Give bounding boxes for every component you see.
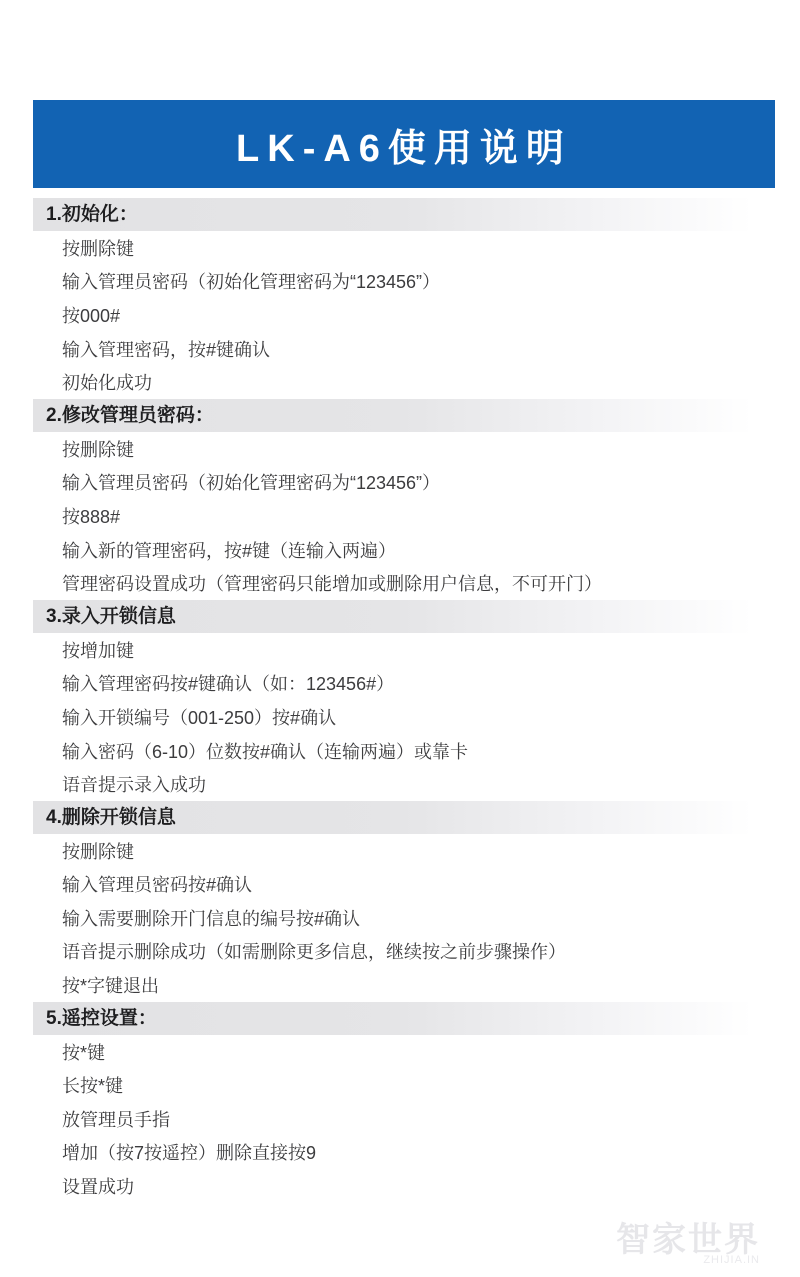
step-item: 按增加键 xyxy=(33,633,775,667)
watermark-subtext: ZHIJIA.IN xyxy=(616,1254,760,1266)
step-item: 输入管理密码，按#键确认 xyxy=(33,332,775,366)
section-heading: 1.初始化： xyxy=(33,198,775,231)
step-item: 输入需要删除开门信息的编号按#确认 xyxy=(33,901,775,935)
section-heading: 3.录入开锁信息 xyxy=(33,600,775,633)
step-item: 输入管理密码按#键确认（如：123456#） xyxy=(33,667,775,701)
section-heading: 2.修改管理员密码： xyxy=(33,399,775,432)
step-item: 长按*键 xyxy=(33,1068,775,1102)
step-list: 按*键 长按*键 放管理员手指 增加（按7按遥控）删除直接按9 设置成功 xyxy=(33,1035,775,1203)
instruction-page: LK-A6使用说明 1.初始化： 按删除键 输入管理员密码（初始化管理密码为“1… xyxy=(0,0,800,1277)
step-list: 按增加键 输入管理密码按#键确认（如：123456#） 输入开锁编号（001-2… xyxy=(33,633,775,801)
step-item: 按删除键 xyxy=(33,432,775,466)
section-heading: 4.删除开锁信息 xyxy=(33,801,775,834)
step-list: 按删除键 输入管理员密码按#确认 输入需要删除开门信息的编号按#确认 语音提示删… xyxy=(33,834,775,1002)
step-item: 按删除键 xyxy=(33,834,775,868)
step-item: 设置成功 xyxy=(33,1169,775,1203)
section-initialization: 1.初始化： 按删除键 输入管理员密码（初始化管理密码为“123456”） 按0… xyxy=(33,198,775,399)
page-title: LK-A6使用说明 xyxy=(236,117,572,172)
step-item: 输入新的管理密码，按#键（连输入两遍） xyxy=(33,533,775,567)
step-item: 按删除键 xyxy=(33,231,775,265)
step-item: 按*键 xyxy=(33,1035,775,1069)
step-item: 输入管理员密码（初始化管理密码为“123456”） xyxy=(33,265,775,299)
watermark: 智家世界 ZHIJIA.IN xyxy=(616,1212,760,1266)
step-item: 输入管理员密码按#确认 xyxy=(33,868,775,902)
step-item: 放管理员手指 xyxy=(33,1102,775,1136)
section-enroll-unlock-info: 3.录入开锁信息 按增加键 输入管理密码按#键确认（如：123456#） 输入开… xyxy=(33,600,775,801)
step-item: 按888# xyxy=(33,499,775,533)
watermark-text: 智家世界 xyxy=(616,1221,760,1259)
step-list: 按删除键 输入管理员密码（初始化管理密码为“123456”） 按000# 输入管… xyxy=(33,231,775,399)
section-change-admin-password: 2.修改管理员密码： 按删除键 输入管理员密码（初始化管理密码为“123456”… xyxy=(33,399,775,600)
step-item: 语音提示录入成功 xyxy=(33,767,775,801)
title-banner: LK-A6使用说明 xyxy=(33,100,775,188)
section-heading: 5.遥控设置： xyxy=(33,1002,775,1035)
step-item: 语音提示删除成功（如需删除更多信息，继续按之前步骤操作） xyxy=(33,935,775,969)
step-item: 增加（按7按遥控）删除直接按9 xyxy=(33,1136,775,1170)
step-item: 按*字键退出 xyxy=(33,968,775,1002)
section-delete-unlock-info: 4.删除开锁信息 按删除键 输入管理员密码按#确认 输入需要删除开门信息的编号按… xyxy=(33,801,775,1002)
section-remote-setting: 5.遥控设置： 按*键 长按*键 放管理员手指 增加（按7按遥控）删除直接按9 … xyxy=(33,1002,775,1203)
step-item: 输入密码（6-10）位数按#确认（连输两遍）或靠卡 xyxy=(33,734,775,768)
step-item: 按000# xyxy=(33,298,775,332)
step-item: 输入管理员密码（初始化管理密码为“123456”） xyxy=(33,466,775,500)
step-item: 管理密码设置成功（管理密码只能增加或删除用户信息，不可开门） xyxy=(33,566,775,600)
step-item: 初始化成功 xyxy=(33,365,775,399)
instruction-content: 1.初始化： 按删除键 输入管理员密码（初始化管理密码为“123456”） 按0… xyxy=(33,198,775,1203)
step-item: 输入开锁编号（001-250）按#确认 xyxy=(33,700,775,734)
step-list: 按删除键 输入管理员密码（初始化管理密码为“123456”） 按888# 输入新… xyxy=(33,432,775,600)
